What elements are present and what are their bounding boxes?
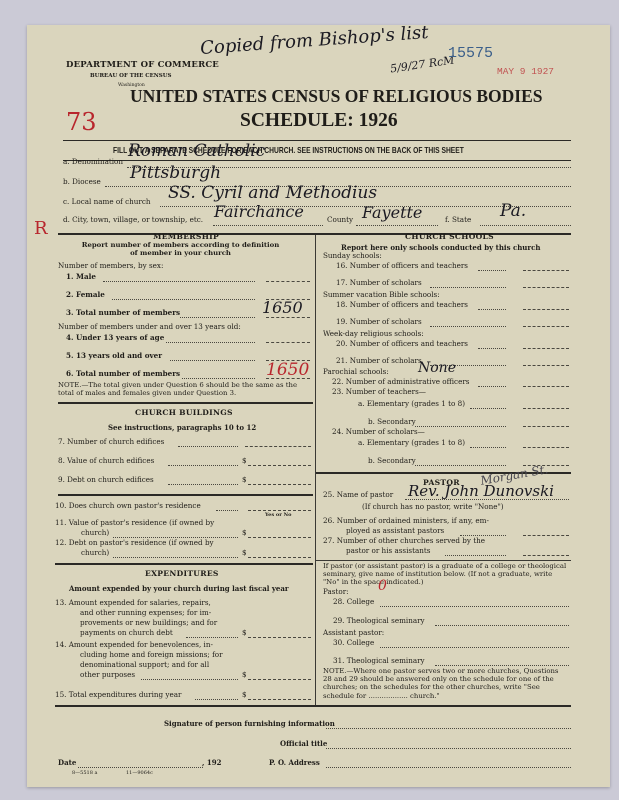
q2-label: 2. Female bbox=[66, 290, 105, 299]
q30-assistant-college-field[interactable] bbox=[380, 647, 569, 648]
membership-heading: MEMBERSHIP bbox=[153, 232, 219, 241]
q14-label-1: 14. Amount expended for benevolences, in… bbox=[55, 640, 213, 649]
margin-number: 73 bbox=[66, 108, 97, 136]
q3-total-value: 1650 bbox=[262, 298, 303, 317]
q8-value-field[interactable] bbox=[248, 465, 311, 466]
q20-label: 20. Number of officers and teachers bbox=[336, 339, 468, 348]
q3-label: 3. Total number of members bbox=[66, 308, 180, 317]
q23a-label: a. Elementary (grades 1 to 8) bbox=[358, 399, 465, 408]
department-label: DEPARTMENT OF COMMERCE bbox=[66, 60, 219, 70]
parochial-schools-label: Parochial schools: bbox=[323, 367, 389, 376]
q27-other-churches-field[interactable] bbox=[523, 555, 569, 556]
q23b-secondary-teachers-field[interactable] bbox=[523, 426, 569, 427]
q13-label-3: provements or new buildings; and for bbox=[80, 618, 217, 627]
diocese-label: b. Diocese bbox=[63, 177, 101, 186]
church-buildings-heading: CHURCH BUILDINGS bbox=[135, 408, 233, 417]
q29-label: 29. Theological seminary bbox=[333, 616, 425, 625]
q14-benevolences-field[interactable] bbox=[248, 679, 311, 680]
q23b-label: b. Secondary bbox=[368, 417, 416, 426]
q12-label: 12. Debt on pastor's residence (if owned… bbox=[55, 538, 214, 547]
q16-label: 16. Number of officers and teachers bbox=[336, 261, 468, 270]
q20-weekday-teachers-field[interactable] bbox=[523, 348, 569, 349]
q16-sunday-teachers-field[interactable] bbox=[523, 270, 569, 271]
denomination-field[interactable]: Roman Catholic bbox=[128, 141, 265, 161]
q13-label-2: and other running expenses; for im- bbox=[80, 608, 211, 617]
q6-label: 6. Total number of members bbox=[66, 369, 180, 378]
q24b-label: b. Secondary bbox=[368, 456, 416, 465]
q12-label-cont: church) bbox=[81, 548, 109, 557]
q21-weekday-scholars-field[interactable] bbox=[523, 365, 569, 366]
q22-label: 22. Number of administrative officers bbox=[332, 377, 469, 386]
q13-running-expenses-field[interactable] bbox=[248, 637, 311, 638]
members-by-sex-label: Number of members, by sex: bbox=[58, 261, 163, 270]
weekday-schools-label: Week-day religious schools: bbox=[323, 329, 424, 338]
q25-note: (If church has no pastor, write "None") bbox=[362, 502, 504, 511]
diocese-field[interactable]: Pittsburgh bbox=[130, 163, 221, 183]
q7-label: 7. Number of church edifices bbox=[58, 437, 164, 446]
q25-label: 25. Name of pastor bbox=[323, 490, 393, 499]
q31-label: 31. Theological seminary bbox=[333, 656, 425, 665]
q1-label: 1. Male bbox=[66, 272, 96, 281]
dollar-sign: $ bbox=[242, 628, 247, 637]
q27-label: 27. Number of other churches served by t… bbox=[323, 536, 485, 545]
form-title: UNITED STATES CENSUS OF RELIGIOUS BODIES bbox=[130, 86, 543, 107]
q9-label: 9. Debt on church edifices bbox=[58, 475, 154, 484]
graduate-instructions: If pastor (or assistant pastor) is a gra… bbox=[323, 562, 569, 587]
city-field[interactable]: Fairchance bbox=[214, 202, 304, 221]
q10-yes-no-field[interactable] bbox=[248, 510, 311, 511]
q26-label: 26. Number of ordained ministers, if any… bbox=[323, 516, 489, 525]
county-label: County bbox=[327, 215, 353, 224]
church-name-field[interactable]: SS. Cyril and Methodius bbox=[168, 183, 377, 203]
q19-summer-scholars-field[interactable] bbox=[523, 326, 569, 327]
q31-assistant-seminary-field[interactable] bbox=[435, 665, 569, 666]
q14-label-4: other purposes bbox=[80, 670, 135, 679]
dollar-sign: $ bbox=[242, 670, 247, 679]
form-number-1: 8—5518 a bbox=[72, 770, 97, 776]
date-label: Date bbox=[58, 758, 76, 767]
q17-sunday-scholars-field[interactable] bbox=[523, 287, 569, 288]
membership-note: NOTE.—The total given under Question 6 s… bbox=[58, 381, 310, 397]
q26-label-cont: ployed as assistant pastors bbox=[346, 526, 444, 535]
summer-schools-label: Summer vacation Bible schools: bbox=[323, 290, 440, 299]
po-address-label: P. O. Address bbox=[269, 758, 320, 767]
denomination-label: a. Denomination bbox=[63, 157, 123, 166]
q21-label: 21. Number of scholars bbox=[336, 356, 422, 365]
q23-label: 23. Number of teachers— bbox=[332, 387, 426, 396]
q28-label: 28. College bbox=[333, 597, 374, 606]
dollar-sign: $ bbox=[242, 456, 247, 465]
q26-assistant-pastors-field[interactable] bbox=[523, 535, 569, 536]
q8-label: 8. Value of church edifices bbox=[58, 456, 154, 465]
serial-stamp: 15575 bbox=[448, 45, 493, 62]
date-field[interactable] bbox=[78, 767, 203, 768]
state-field[interactable]: Pa. bbox=[500, 201, 526, 221]
assistant-pastor-subheading: Assistant pastor: bbox=[323, 628, 384, 637]
q3-total-field[interactable] bbox=[266, 317, 310, 318]
city-label: d. City, town, village, or township, etc… bbox=[63, 215, 203, 224]
q28-pastor-college-field[interactable] bbox=[380, 606, 569, 607]
parochial-schools-value[interactable]: None bbox=[418, 360, 456, 376]
sunday-schools-label: Sunday schools: bbox=[323, 251, 382, 260]
signature-field[interactable] bbox=[326, 728, 571, 729]
q4-under13-field[interactable] bbox=[266, 342, 310, 343]
q29-pastor-seminary-field[interactable] bbox=[435, 625, 569, 626]
expenditures-heading: EXPENDITURES bbox=[145, 569, 219, 578]
q23a-elementary-teachers-field[interactable] bbox=[523, 408, 569, 409]
dollar-sign: $ bbox=[242, 528, 247, 537]
yes-no-hint: Yes or No bbox=[265, 512, 292, 518]
q19-label: 19. Number of scholars bbox=[336, 317, 422, 326]
church-schools-heading: CHURCH SCHOOLS bbox=[405, 232, 494, 241]
q13-label-4: payments on church debt bbox=[80, 628, 173, 637]
year-prefix: , 192 bbox=[202, 758, 222, 767]
q6-total-value: 1650 bbox=[266, 360, 309, 380]
q14-label-2: cluding home and foreign missions; for bbox=[80, 650, 223, 659]
date-received-stamp: MAY 9 1927 bbox=[497, 66, 554, 77]
q14-label-3: denominational support; and for all bbox=[80, 660, 209, 669]
county-field[interactable]: Fayette bbox=[362, 203, 422, 222]
q7-edifices-field[interactable] bbox=[245, 446, 311, 447]
q24a-label: a. Elementary (grades 1 to 8) bbox=[358, 438, 465, 447]
margin-letter: R bbox=[34, 218, 48, 239]
q18-label: 18. Number of officers and teachers bbox=[336, 300, 468, 309]
q11-label-cont: church) bbox=[81, 528, 109, 537]
q24a-elementary-scholars-field[interactable] bbox=[523, 447, 569, 448]
q15-total-expenditures-field[interactable] bbox=[248, 699, 311, 700]
q30-label: 30. College bbox=[333, 638, 374, 647]
q11-label: 11. Value of pastor's residence (if owne… bbox=[55, 518, 214, 527]
expenditures-subhead: Amount expended by your church during la… bbox=[69, 584, 289, 593]
membership-subhead: Report number of members according to de… bbox=[78, 241, 283, 257]
q5-label: 5. 13 years old and over bbox=[66, 351, 162, 360]
q27-label-cont: pastor or his assistants bbox=[346, 546, 431, 555]
q17-label: 17. Number of scholars bbox=[336, 278, 422, 287]
q4-label: 4. Under 13 years of age bbox=[66, 333, 164, 342]
church-buildings-subhead: See instructions, paragraphs 10 to 12 bbox=[108, 423, 256, 432]
dollar-sign: $ bbox=[242, 475, 247, 484]
q24-label: 24. Number of scholars— bbox=[332, 427, 425, 436]
pastor-note: NOTE.—Where one pastor serves two or mor… bbox=[323, 667, 569, 700]
q22-admin-officers-field[interactable] bbox=[523, 386, 569, 387]
po-address-field[interactable] bbox=[326, 767, 571, 768]
pastor-grad-mark: 0 bbox=[378, 578, 387, 594]
q11-residence-value-field[interactable] bbox=[248, 537, 311, 538]
q12-residence-debt-field[interactable] bbox=[248, 557, 311, 558]
q9-debt-field[interactable] bbox=[248, 484, 311, 485]
signature-label: Signature of person furnishing informati… bbox=[164, 719, 335, 728]
q10-label: 10. Does church own pastor's residence bbox=[55, 501, 201, 510]
pastor-subheading: Pastor: bbox=[323, 587, 349, 596]
q15-label: 15. Total expenditures during year bbox=[55, 690, 181, 699]
form-number-2: 11—9064c bbox=[126, 770, 153, 776]
dollar-sign: $ bbox=[242, 690, 247, 699]
members-by-age-label: Number of members under and over 13 year… bbox=[58, 322, 241, 331]
q1-male-field[interactable] bbox=[266, 281, 310, 282]
schedule-title: SCHEDULE: 1926 bbox=[240, 110, 398, 132]
q18-summer-teachers-field[interactable] bbox=[523, 309, 569, 310]
church-name-label: c. Local name of church bbox=[63, 197, 151, 206]
official-title-label: Official title bbox=[280, 739, 327, 748]
dollar-sign: $ bbox=[242, 548, 247, 557]
q13-label-1: 13. Amount expended for salaries, repair… bbox=[55, 598, 211, 607]
q25-pastor-name-field[interactable]: Rev. John Dunovski bbox=[408, 482, 554, 500]
official-title-field[interactable] bbox=[326, 748, 571, 749]
state-label: f. State bbox=[445, 215, 471, 224]
bureau-label: BUREAU OF THE CENSUS bbox=[90, 73, 172, 79]
